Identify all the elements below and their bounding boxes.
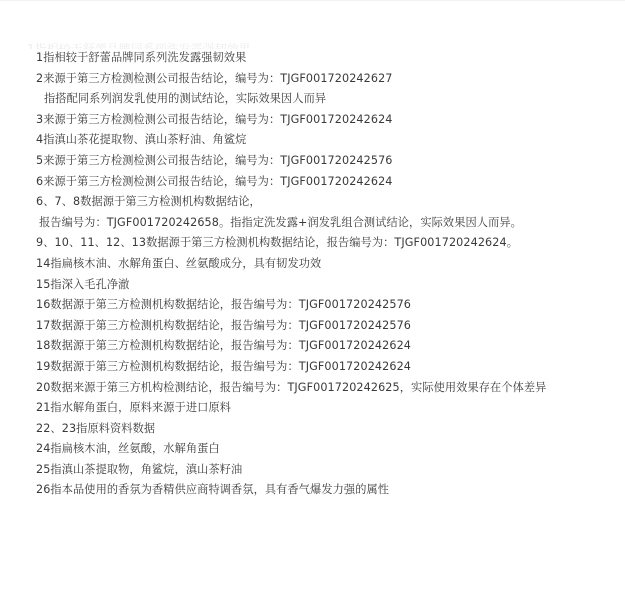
footnote-6-7-8: 6、7、8数据源于第三方检测机构数据结论， [36, 192, 616, 213]
footnote-17: 17数据源于第三方检测机构数据结论，报告编号为：TJGF001720242576 [36, 316, 616, 337]
footnote-5: 5来源于第三方检测检测公司报告结论，编号为：TJGF001720242576 [36, 151, 616, 172]
footnote-16: 16数据源于第三方检测机构数据结论，报告编号为：TJGF001720242576 [36, 295, 616, 316]
footnote-20: 20数据来源于第三方机构检测结论，报告编号为：TJGF001720242625，… [36, 378, 616, 399]
footnote-22-23: 22、23指原料资料数据 [36, 419, 616, 440]
footnote-14: 14指扁核木油、水解角蛋白、丝氨酸成分，具有韧发功效 [36, 254, 616, 275]
footnote-4: 4指滇山茶花提取物、滇山茶籽油、角鲨烷 [36, 130, 616, 151]
footnote-9-13: 9、10、11、12、13数据源于第三方检测机构数据结论，报告编号为：TJGF0… [36, 233, 616, 254]
footnote-15: 15指深入毛孔净澈 [36, 275, 616, 296]
footnote-25: 25指滇山茶提取物，角鲨烷，滇山茶籽油 [36, 460, 616, 481]
footnote-1: 1指相较于舒蕾品牌同系列洗发露强韧效果 [36, 48, 616, 69]
footnotes-list: 1指相较于舒蕾品牌同系列洗发露强韧效果 2来源于第三方检测检测公司报告结论，编号… [36, 48, 616, 501]
top-divider [0, 0, 625, 1]
footnote-3: 3来源于第三方检测检测公司报告结论，编号为：TJGF001720242624 [36, 110, 616, 131]
footnote-26: 26指本品使用的香氛为香精供应商特调香氛，具有香气爆发力强的属性 [36, 480, 616, 501]
footnote-18: 18数据源于第三方检测机构数据结论，报告编号为：TJGF001720242624 [36, 336, 616, 357]
footnote-6-7-8-detail: 报告编号为：TJGF001720242658。指指定洗发露+润发乳组合测试结论，… [36, 213, 616, 234]
footnote-6: 6来源于第三方检测检测公司报告结论，编号为：TJGF001720242624 [36, 172, 616, 193]
footnote-19: 19数据源于第三方检测机构数据结论，报告编号为：TJGF001720242624 [36, 357, 616, 378]
footnote-2-detail: 指搭配同系列润发乳使用的测试结论，实际效果因人而异 [36, 89, 616, 110]
footnote-21: 21指水解角蛋白，原料来源于进口原料 [36, 398, 616, 419]
footnote-2: 2来源于第三方检测检测公司报告结论，编号为：TJGF001720242627 [36, 69, 616, 90]
footnote-24: 24指扁核木油，丝氨酸，水解角蛋白 [36, 439, 616, 460]
